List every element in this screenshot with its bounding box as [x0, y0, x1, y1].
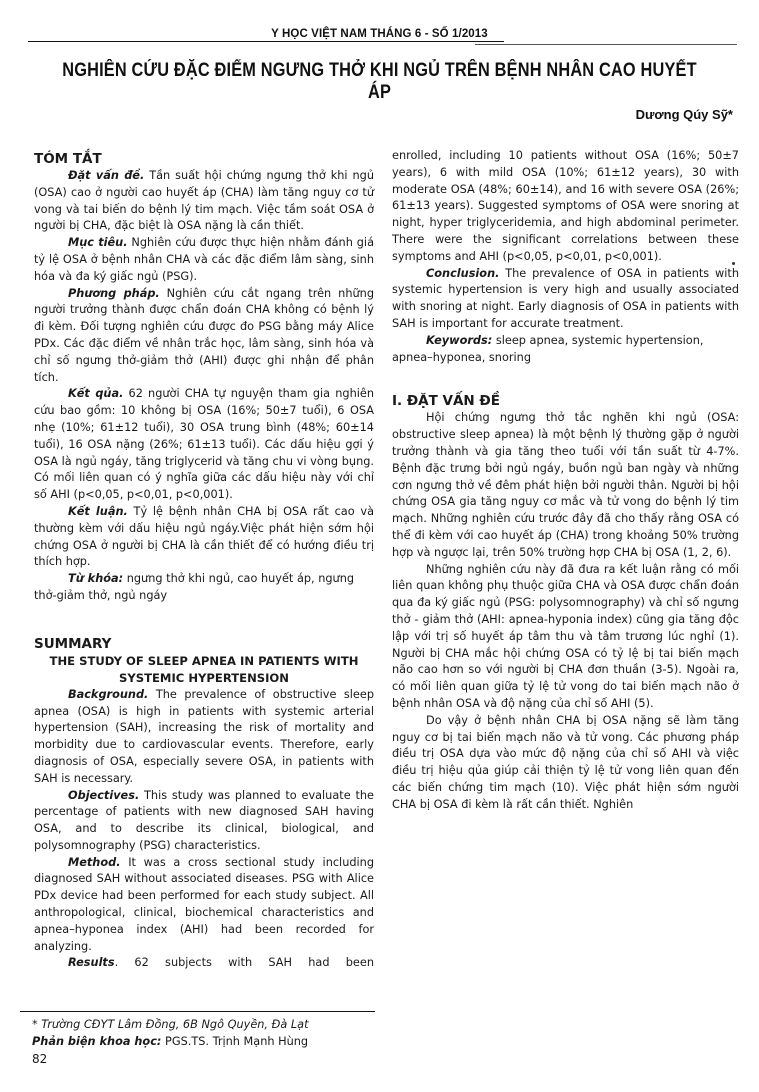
summary-objectives: Objectives. This study was planned to ev…: [34, 788, 374, 855]
section-label: Method.: [68, 856, 121, 869]
summary-background: Background. The prevalence of obstructiv…: [34, 687, 374, 788]
section-text: 62 người CHA tự nguyện tham gia nghiên c…: [34, 387, 374, 501]
abstract-vi-conclusion: Kết luận. Tỷ lệ bệnh nhân CHA bị OSA rất…: [34, 504, 374, 571]
section-label: Phương pháp.: [68, 287, 160, 300]
summary-results-continued: enrolled, including 10 patients without …: [392, 148, 739, 266]
section-label: Results: [68, 956, 115, 969]
section-label: Kết luận.: [68, 505, 128, 518]
article-title: NGHIÊN CỨU ĐẶC ĐIỂM NGƯNG THỞ KHI NGỦ TR…: [53, 60, 706, 104]
section-text: It was a cross sectional study including…: [34, 856, 374, 953]
footnote: * Trường CĐYT Lâm Đồng, 6B Ngô Quyền, Đà…: [32, 1016, 309, 1050]
reviewer-line: Phản biện khoa học: PGS.TS. Trịnh Mạnh H…: [32, 1033, 309, 1050]
summary-conclusion: Conclusion. The prevalence of OSA in pat…: [392, 266, 739, 333]
abstract-vi-results: Kết qủa. 62 người CHA tự nguyện tham gia…: [34, 386, 374, 504]
summary-heading: SUMMARY: [34, 635, 374, 653]
header-rule-right: [475, 44, 737, 45]
abstract-vi-heading: TÓM TẮT: [34, 150, 374, 168]
summary-method: Method. It was a cross sectional study i…: [34, 855, 374, 956]
section-text: Nghiên cứu cắt ngang trên những người tr…: [34, 287, 374, 384]
section-label: Đặt vấn đề.: [68, 169, 144, 182]
abstract-vi-background: Đặt vấn đề. Tần suất hội chứng ngưng thở…: [34, 168, 374, 235]
header-rule: [28, 41, 504, 42]
page-number: 82: [32, 1052, 47, 1066]
introduction-paragraph-3: Do vậy ở bệnh nhân CHA bị OSA nặng sẽ là…: [392, 713, 739, 814]
section-label: Background.: [68, 688, 148, 701]
left-column: TÓM TẮT Đặt vấn đề. Tần suất hội chứng n…: [34, 150, 374, 972]
section-text: The prevalence of obstructive sleep apne…: [34, 688, 374, 785]
reviewer-label: Phản biện khoa học:: [32, 1035, 161, 1048]
summary-keywords: Keywords: sleep apnea, systemic hyperten…: [392, 333, 739, 367]
author: Dương Qúy Sỹ*: [636, 107, 733, 122]
abstract-vi-objectives: Mục tiêu. Nghiên cứu được thực hiện nhằm…: [34, 235, 374, 285]
summary-results-start: Results. 62 subjects with SAH had been: [34, 955, 374, 972]
right-column: enrolled, including 10 patients without …: [392, 148, 739, 813]
section-label: Mục tiêu.: [68, 236, 128, 249]
abstract-vi-method: Phương pháp. Nghiên cứu cắt ngang trên n…: [34, 286, 374, 387]
footnote-rule: [20, 1011, 375, 1012]
spacer: [34, 605, 374, 635]
spacer: [392, 366, 739, 392]
summary-title-line-2: SYSTEMIC HYPERTENSION: [34, 670, 374, 687]
section-label: Conclusion.: [426, 267, 499, 280]
introduction-paragraph-1: Hội chứng ngưng thở tắc nghẽn khi ngủ (O…: [392, 410, 739, 561]
running-header: Y HỌC VIỆT NAM THÁNG 6 - SỐ 1/2013: [0, 28, 759, 40]
summary-title-line-1: THE STUDY OF SLEEP APNEA IN PATIENTS WIT…: [34, 653, 374, 670]
scan-speck: [732, 262, 735, 265]
section-text: . 62 subjects with SAH had been: [115, 956, 374, 969]
introduction-paragraph-2: Những nghiên cứu này đã đưa ra kết luận …: [392, 562, 739, 713]
reviewer-name: PGS.TS. Trịnh Mạnh Hùng: [161, 1035, 308, 1048]
section-label: Từ khóa:: [68, 572, 123, 585]
abstract-vi-keywords: Từ khóa: ngưng thở khi ngủ, cao huyết áp…: [34, 571, 374, 605]
section-label: Objectives.: [68, 789, 139, 802]
author-affiliation: * Trường CĐYT Lâm Đồng, 6B Ngô Quyền, Đà…: [32, 1016, 309, 1033]
section-label: Keywords:: [426, 334, 492, 347]
introduction-heading: I. ĐẶT VẤN ĐỀ: [392, 392, 739, 410]
section-label: Kết qủa.: [68, 387, 123, 400]
